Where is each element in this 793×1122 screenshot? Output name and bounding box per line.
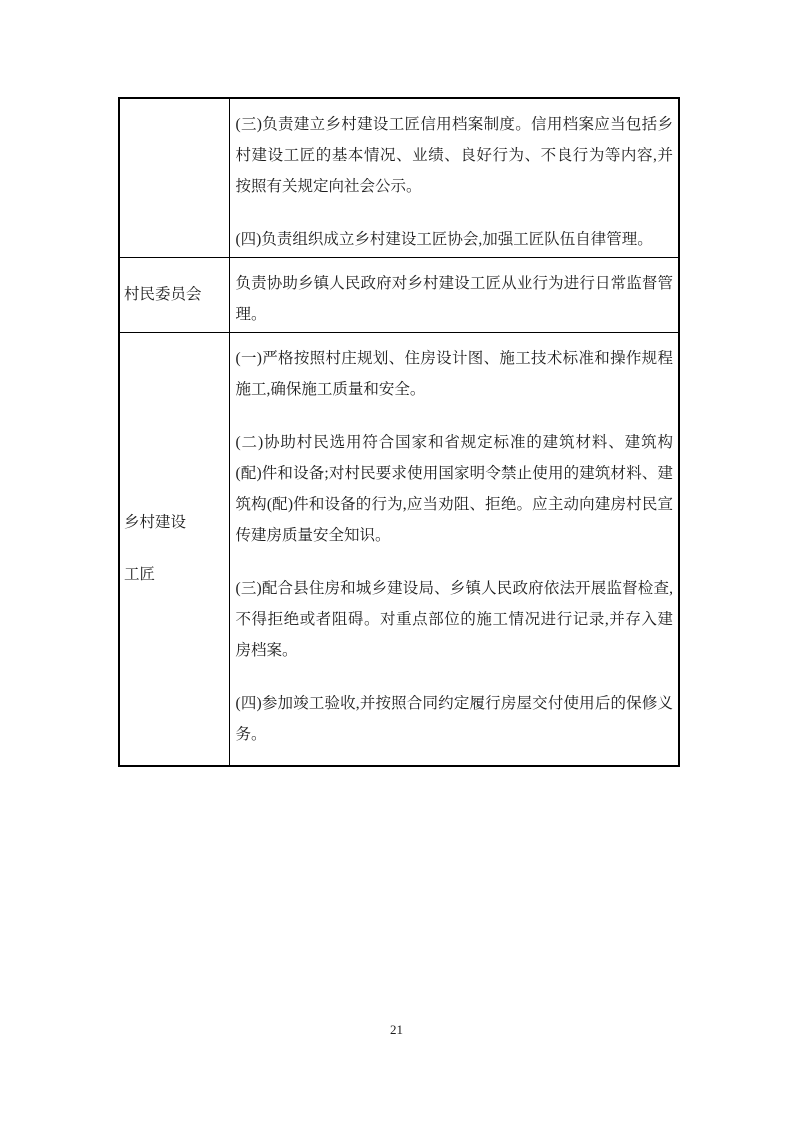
role-cell: 乡村建设 工匠 — [119, 333, 229, 766]
table-row: 村民委员会 负责协助乡镇人民政府对乡村建设工匠从业行为进行日常监督管理。 — [119, 258, 679, 333]
page-number: 21 — [0, 1022, 793, 1038]
duty-paragraph: (一)严格按照村庄规划、住房设计图、施工技术标准和操作规程施工,确保施工质量和安… — [236, 343, 674, 405]
duties-cell: (三)负责建立乡村建设工匠信用档案制度。信用档案应当包括乡村建设工匠的基本情况、… — [229, 98, 679, 258]
duty-paragraph: (四)参加竣工验收,并按照合同约定履行房屋交付使用后的保修义务。 — [236, 688, 674, 750]
duty-paragraph: 负责协助乡镇人民政府对乡村建设工匠从业行为进行日常监督管理。 — [236, 268, 674, 330]
document-page: (三)负责建立乡村建设工匠信用档案制度。信用档案应当包括乡村建设工匠的基本情况、… — [0, 0, 793, 1122]
role-cell — [119, 98, 229, 258]
duty-paragraph: (四)负责组织成立乡村建设工匠协会,加强工匠队伍自律管理。 — [236, 224, 674, 255]
duties-cell: 负责协助乡镇人民政府对乡村建设工匠从业行为进行日常监督管理。 — [229, 258, 679, 333]
table-row: (三)负责建立乡村建设工匠信用档案制度。信用档案应当包括乡村建设工匠的基本情况、… — [119, 98, 679, 258]
duties-cell: (一)严格按照村庄规划、住房设计图、施工技术标准和操作规程施工,确保施工质量和安… — [229, 333, 679, 766]
duty-paragraph: (三)配合县住房和城乡建设局、乡镇人民政府依法开展监督检查,不得拒绝或者阻碍。对… — [236, 573, 674, 666]
duties-table: (三)负责建立乡村建设工匠信用档案制度。信用档案应当包括乡村建设工匠的基本情况、… — [118, 97, 680, 767]
table-row: 乡村建设 工匠 (一)严格按照村庄规划、住房设计图、施工技术标准和操作规程施工,… — [119, 333, 679, 766]
role-cell: 村民委员会 — [119, 258, 229, 333]
duty-paragraph: (三)负责建立乡村建设工匠信用档案制度。信用档案应当包括乡村建设工匠的基本情况、… — [236, 109, 674, 202]
duty-paragraph: (二)协助村民选用符合国家和省规定标准的建筑材料、建筑构(配)件和设备;对村民要… — [236, 427, 674, 551]
